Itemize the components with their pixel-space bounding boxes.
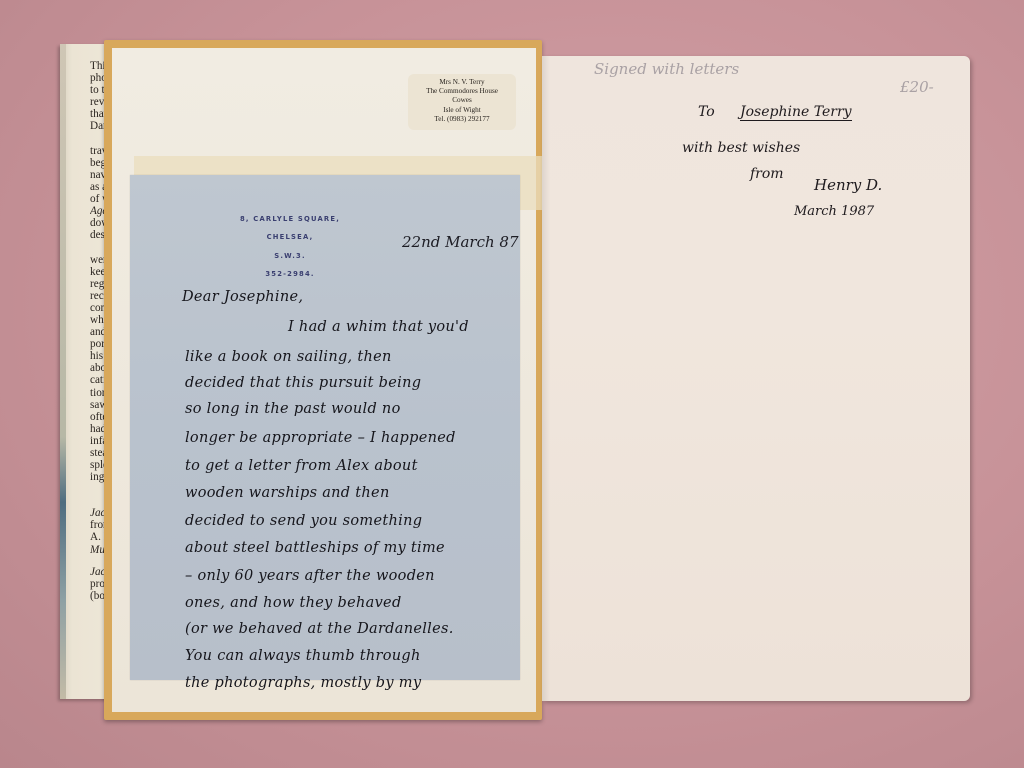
inscription-from: from xyxy=(750,166,784,182)
address-house: The Commodores House xyxy=(408,87,516,96)
letter-line: so long in the past would no xyxy=(185,401,525,417)
letterhead: 8, CARLYLE SQUARE, CHELSEA, S.W.3. 352-2… xyxy=(230,215,350,288)
letter-salutation: Dear Josephine, xyxy=(182,289,522,305)
inscription-wishes: with best wishes xyxy=(682,140,800,156)
letter-date: 22nd March 87 xyxy=(402,233,519,251)
handwritten-letter: 8, CARLYLE SQUARE, CHELSEA, S.W.3. 352-2… xyxy=(130,175,520,680)
letter-line: like a book on sailing, then xyxy=(185,349,525,365)
letter-line: You can always thumb through xyxy=(185,648,525,664)
letter-line: (or we behaved at the Dardanelles. xyxy=(185,621,525,637)
letter-line: ones, and how they behaved xyxy=(185,595,525,611)
front-pastedown: Mrs N. V. Terry The Commodores House Cow… xyxy=(112,48,536,712)
letter-line: about steel battleships of my time xyxy=(185,540,525,556)
letterhead-postcode: S.W.3. xyxy=(230,252,350,260)
letter-line: decided to send you something xyxy=(185,513,525,529)
letter-line: – only 60 years after the wooden xyxy=(185,568,525,584)
address-county: Isle of Wight xyxy=(408,106,516,115)
pencil-note: Signed with letters xyxy=(594,60,739,78)
address-label: Mrs N. V. Terry The Commodores House Cow… xyxy=(408,74,516,130)
letterhead-district: CHELSEA, xyxy=(230,233,350,241)
inscription-date: March 1987 xyxy=(794,204,874,219)
letter-line: decided that this pursuit being xyxy=(185,375,525,391)
letter-line: the photographs, mostly by my xyxy=(185,675,525,691)
letter-line: to get a letter from Alex about xyxy=(185,458,525,474)
inscription-to: To xyxy=(698,104,715,120)
address-town: Cowes xyxy=(408,96,516,105)
front-board: Mrs N. V. Terry The Commodores House Cow… xyxy=(104,40,542,720)
free-endpaper: Signed with letters £20- To Josephine Te… xyxy=(542,56,970,701)
letterhead-phone: 352-2984. xyxy=(230,270,350,278)
pencil-price: £20- xyxy=(900,78,934,96)
address-phone: Tel. (0983) 292177 xyxy=(408,115,516,124)
letterhead-street: 8, CARLYLE SQUARE, xyxy=(230,215,350,223)
inscription-name-text: Josephine Terry xyxy=(740,104,852,121)
letter-line: longer be appropriate – I happened xyxy=(185,430,525,446)
inscription-name: Josephine Terry xyxy=(740,104,852,120)
address-name: Mrs N. V. Terry xyxy=(408,78,516,87)
letter-line: wooden warships and then xyxy=(185,485,525,501)
inscription-signature: Henry D. xyxy=(814,176,882,194)
